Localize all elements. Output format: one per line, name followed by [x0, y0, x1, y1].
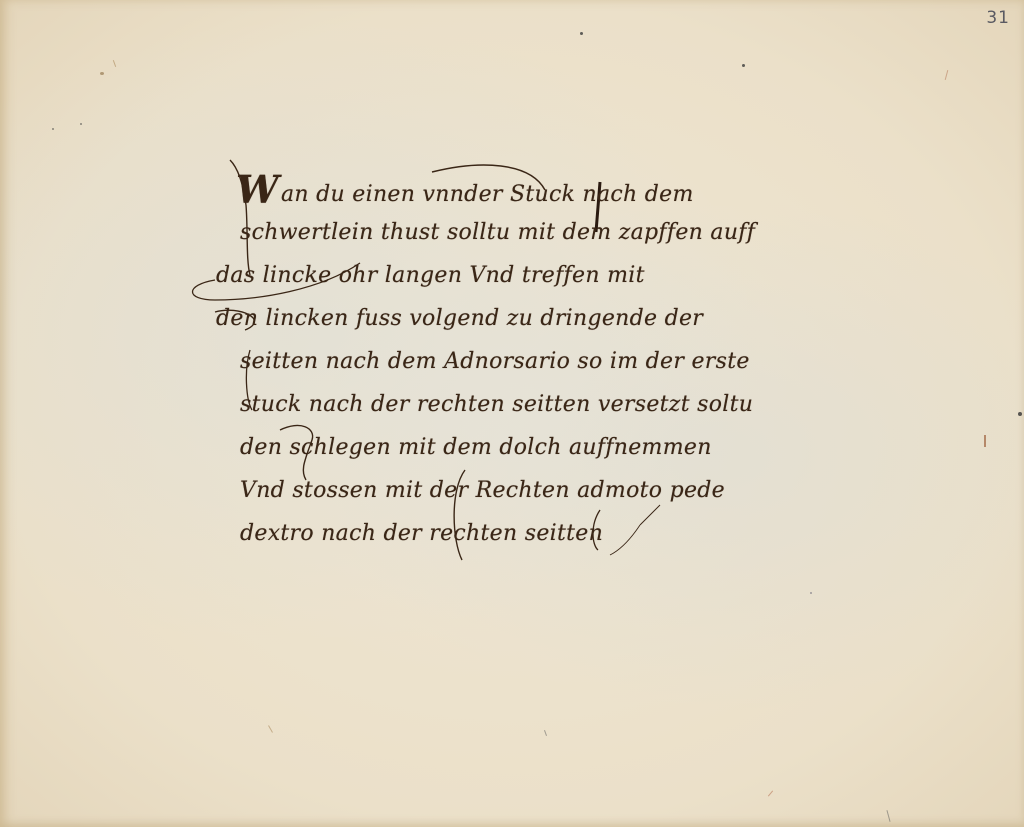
- paper-speck: [80, 123, 82, 125]
- manuscript-page: 31 Wan du einen vnnder Stuck nach dem sc…: [0, 0, 1024, 827]
- line-text: an du einen vnnder Stuck nach dem: [281, 182, 694, 207]
- manuscript-line: den schlegen mit dem dolch auffnemmen: [190, 426, 890, 469]
- paper-fiber: [113, 60, 116, 67]
- manuscript-text: Wan du einen vnnder Stuck nach dem schwe…: [190, 168, 890, 555]
- manuscript-line: seitten nach dem Adnorsario so im der er…: [190, 340, 890, 383]
- manuscript-line: stuck nach der rechten seitten versetzt …: [190, 383, 890, 426]
- manuscript-line: den lincken fuss volgend zu dringende de…: [190, 297, 890, 340]
- line-text: Vnd stossen mit der Rechten admoto pede: [240, 478, 725, 503]
- paper-speck: [52, 128, 54, 130]
- paper-speck: [100, 72, 104, 75]
- line-text: schwertlein thust solltu mit dem zapffen…: [240, 220, 755, 245]
- manuscript-line: dextro nach der rechten seitten: [190, 512, 890, 555]
- paper-speck: [810, 592, 812, 594]
- decorated-initial: W: [236, 167, 279, 212]
- paper-fiber: [268, 725, 273, 732]
- line-text: den schlegen mit dem dolch auffnemmen: [240, 435, 712, 460]
- line-text: stuck nach der rechten seitten versetzt …: [240, 392, 753, 417]
- paper-fiber: [945, 70, 949, 80]
- line-text: seitten nach dem Adnorsario so im der er…: [240, 349, 750, 374]
- margin-mark: [984, 435, 986, 447]
- paper-speck: [1018, 412, 1022, 416]
- paper-fiber: [768, 790, 773, 796]
- manuscript-line: schwertlein thust solltu mit dem zapffen…: [190, 211, 890, 254]
- paper-speck: [742, 64, 745, 67]
- folio-number: 31: [986, 8, 1010, 28]
- paper-fiber: [886, 810, 890, 822]
- paper-speck: [580, 32, 583, 35]
- manuscript-line: Vnd stossen mit der Rechten admoto pede: [190, 469, 890, 512]
- paper-fiber: [544, 730, 547, 736]
- manuscript-line: Wan du einen vnnder Stuck nach dem: [190, 168, 890, 211]
- line-text: das lincke ohr langen Vnd treffen mit: [216, 263, 645, 288]
- line-text: dextro nach der rechten seitten: [240, 521, 603, 546]
- manuscript-line: das lincke ohr langen Vnd treffen mit: [190, 254, 890, 297]
- line-text: den lincken fuss volgend zu dringende de…: [216, 306, 703, 331]
